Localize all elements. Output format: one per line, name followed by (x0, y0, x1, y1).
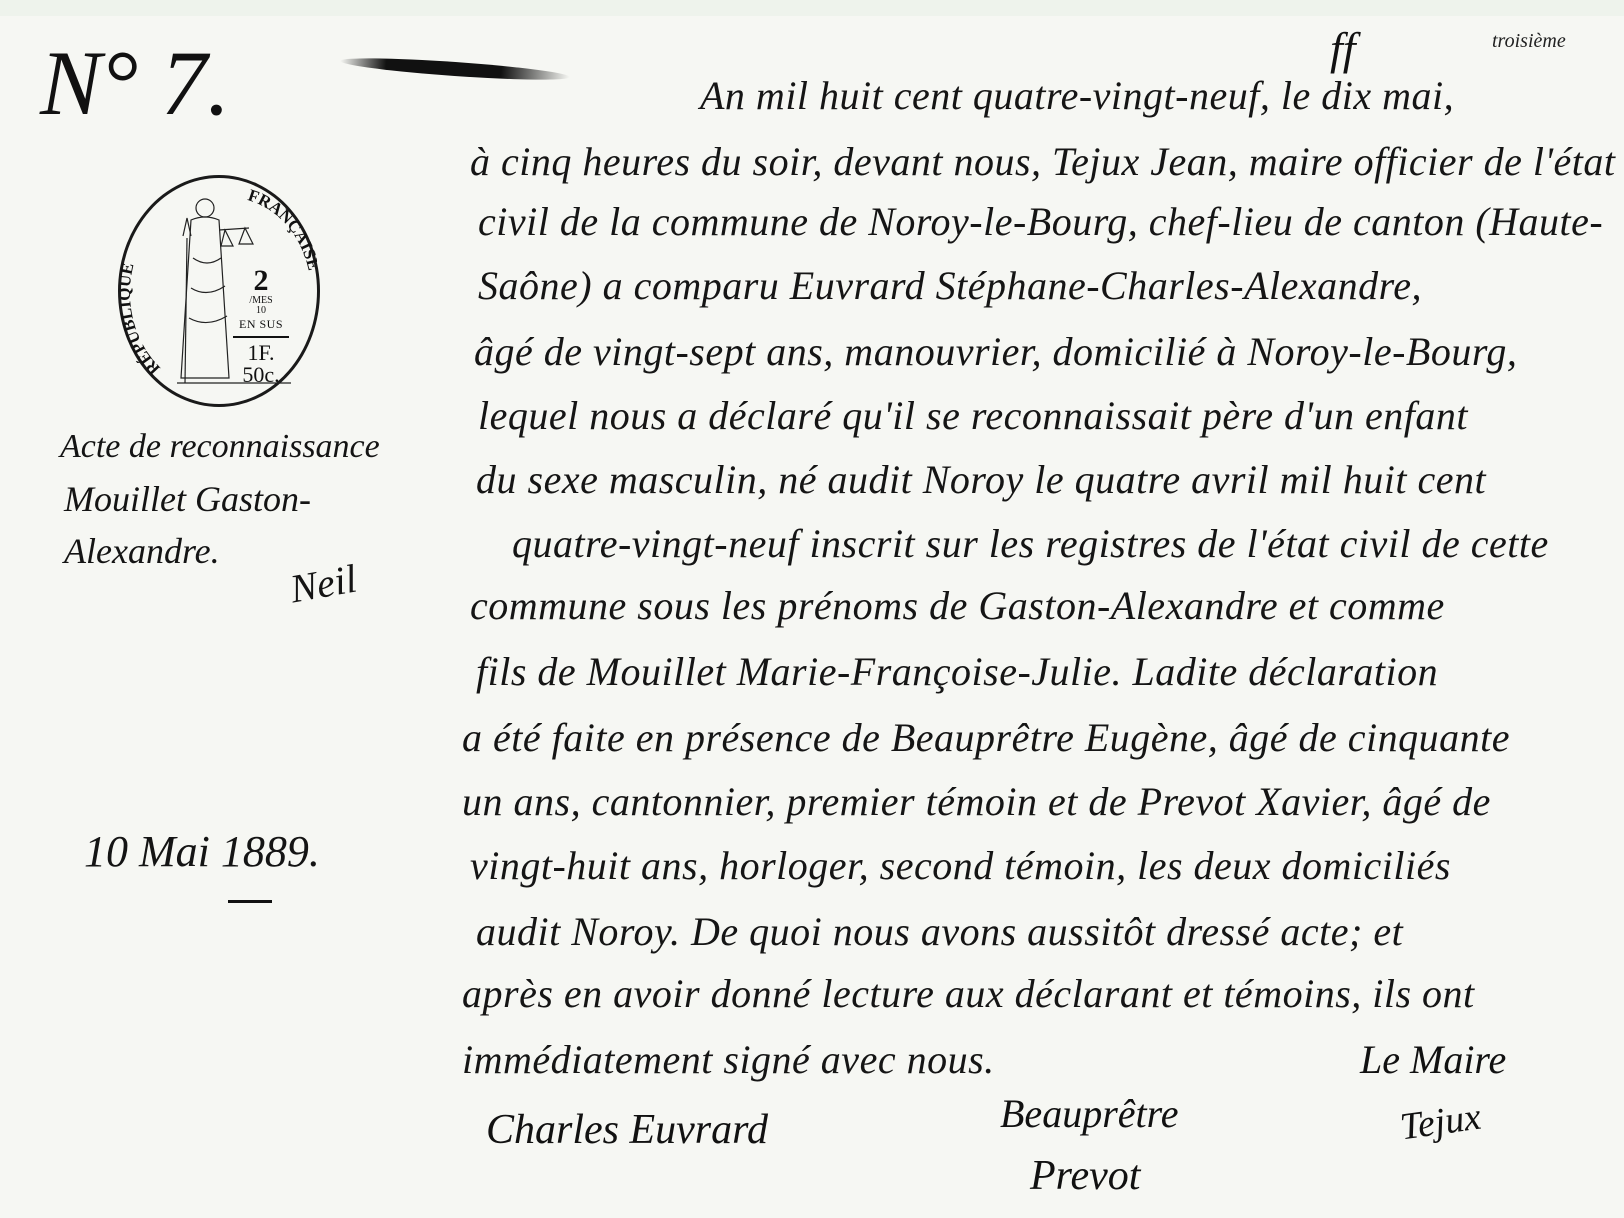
body-line-16: immédiatement signé avec nous. (462, 1036, 995, 1083)
body-line-2: à cinq heures du soir, devant nous, Teju… (470, 138, 1616, 185)
margin-date: 10 Mai 1889. (84, 826, 320, 877)
svg-text:RÉPUBLIQUE: RÉPUBLIQUE (121, 261, 164, 378)
stamp-value: 2/MES 10 EN SUS 1F. 50c. (233, 266, 289, 386)
body-line-10: fils de Mouillet Marie-Françoise-Julie. … (476, 648, 1438, 695)
body-line-11: a été faite en présence de Beauprêtre Eu… (462, 714, 1510, 761)
margin-mark: ff (1330, 22, 1356, 75)
svg-text:FRANÇAISE: FRANÇAISE (246, 186, 317, 273)
declarant-signature: Charles Euvrard (486, 1106, 768, 1154)
margin-act-title: Acte de reconnaissance (60, 428, 380, 466)
date-underline (228, 900, 272, 903)
body-line-4: Saône) a comparu Euvrard Stéphane-Charle… (478, 262, 1422, 309)
body-line-13: vingt-huit ans, horloger, second témoin,… (470, 842, 1451, 889)
body-line-1: An mil huit cent quatre-vingt-neuf, le d… (700, 72, 1454, 119)
mayor-label: Le Maire (1360, 1036, 1506, 1083)
stamp-francaise: FRANÇAISE (246, 186, 317, 273)
stamp-republique: RÉPUBLIQUE (121, 261, 164, 378)
stamp-value-centimes: 50c. (233, 364, 289, 386)
body-line-6: lequel nous a déclaré qu'il se reconnais… (478, 392, 1468, 439)
body-line-8: quatre-vingt-neuf inscrit sur les regist… (512, 520, 1549, 567)
act-number: N° 7. (40, 30, 230, 136)
margin-child-name-line2: Alexandre. (64, 530, 220, 572)
top-right-annotation: troisième (1492, 30, 1566, 53)
body-line-3: civil de la commune de Noroy-le-Bourg, c… (478, 198, 1603, 245)
tax-stamp: RÉPUBLIQUE FRANÇAISE 2/MES 10 EN SUS 1F.… (118, 175, 320, 407)
stamp-value-10: 10 (233, 306, 289, 316)
scan-top-edge (0, 0, 1624, 16)
body-line-15: après en avoir donné lecture aux déclara… (462, 970, 1475, 1017)
witness1-signature: Beauprêtre (1000, 1090, 1178, 1137)
stamp-value-2: 2 (254, 264, 269, 297)
body-line-14: audit Noroy. De quoi nous avons aussitôt… (476, 908, 1403, 955)
body-line-5: âgé de vingt-sept ans, manouvrier, domic… (474, 328, 1517, 375)
body-line-12: un ans, cantonnier, premier témoin et de… (462, 778, 1491, 825)
stamp-value-en-sus: EN SUS (233, 318, 289, 330)
witness2-signature: Prevot (1030, 1152, 1140, 1200)
stamp-value-francs: 1F. (233, 336, 289, 364)
body-line-7: du sexe masculin, né audit Noroy le quat… (476, 456, 1486, 503)
body-line-9: commune sous les prénoms de Gaston-Alexa… (470, 582, 1445, 629)
margin-child-name-line1: Mouillet Gaston- (64, 478, 311, 520)
